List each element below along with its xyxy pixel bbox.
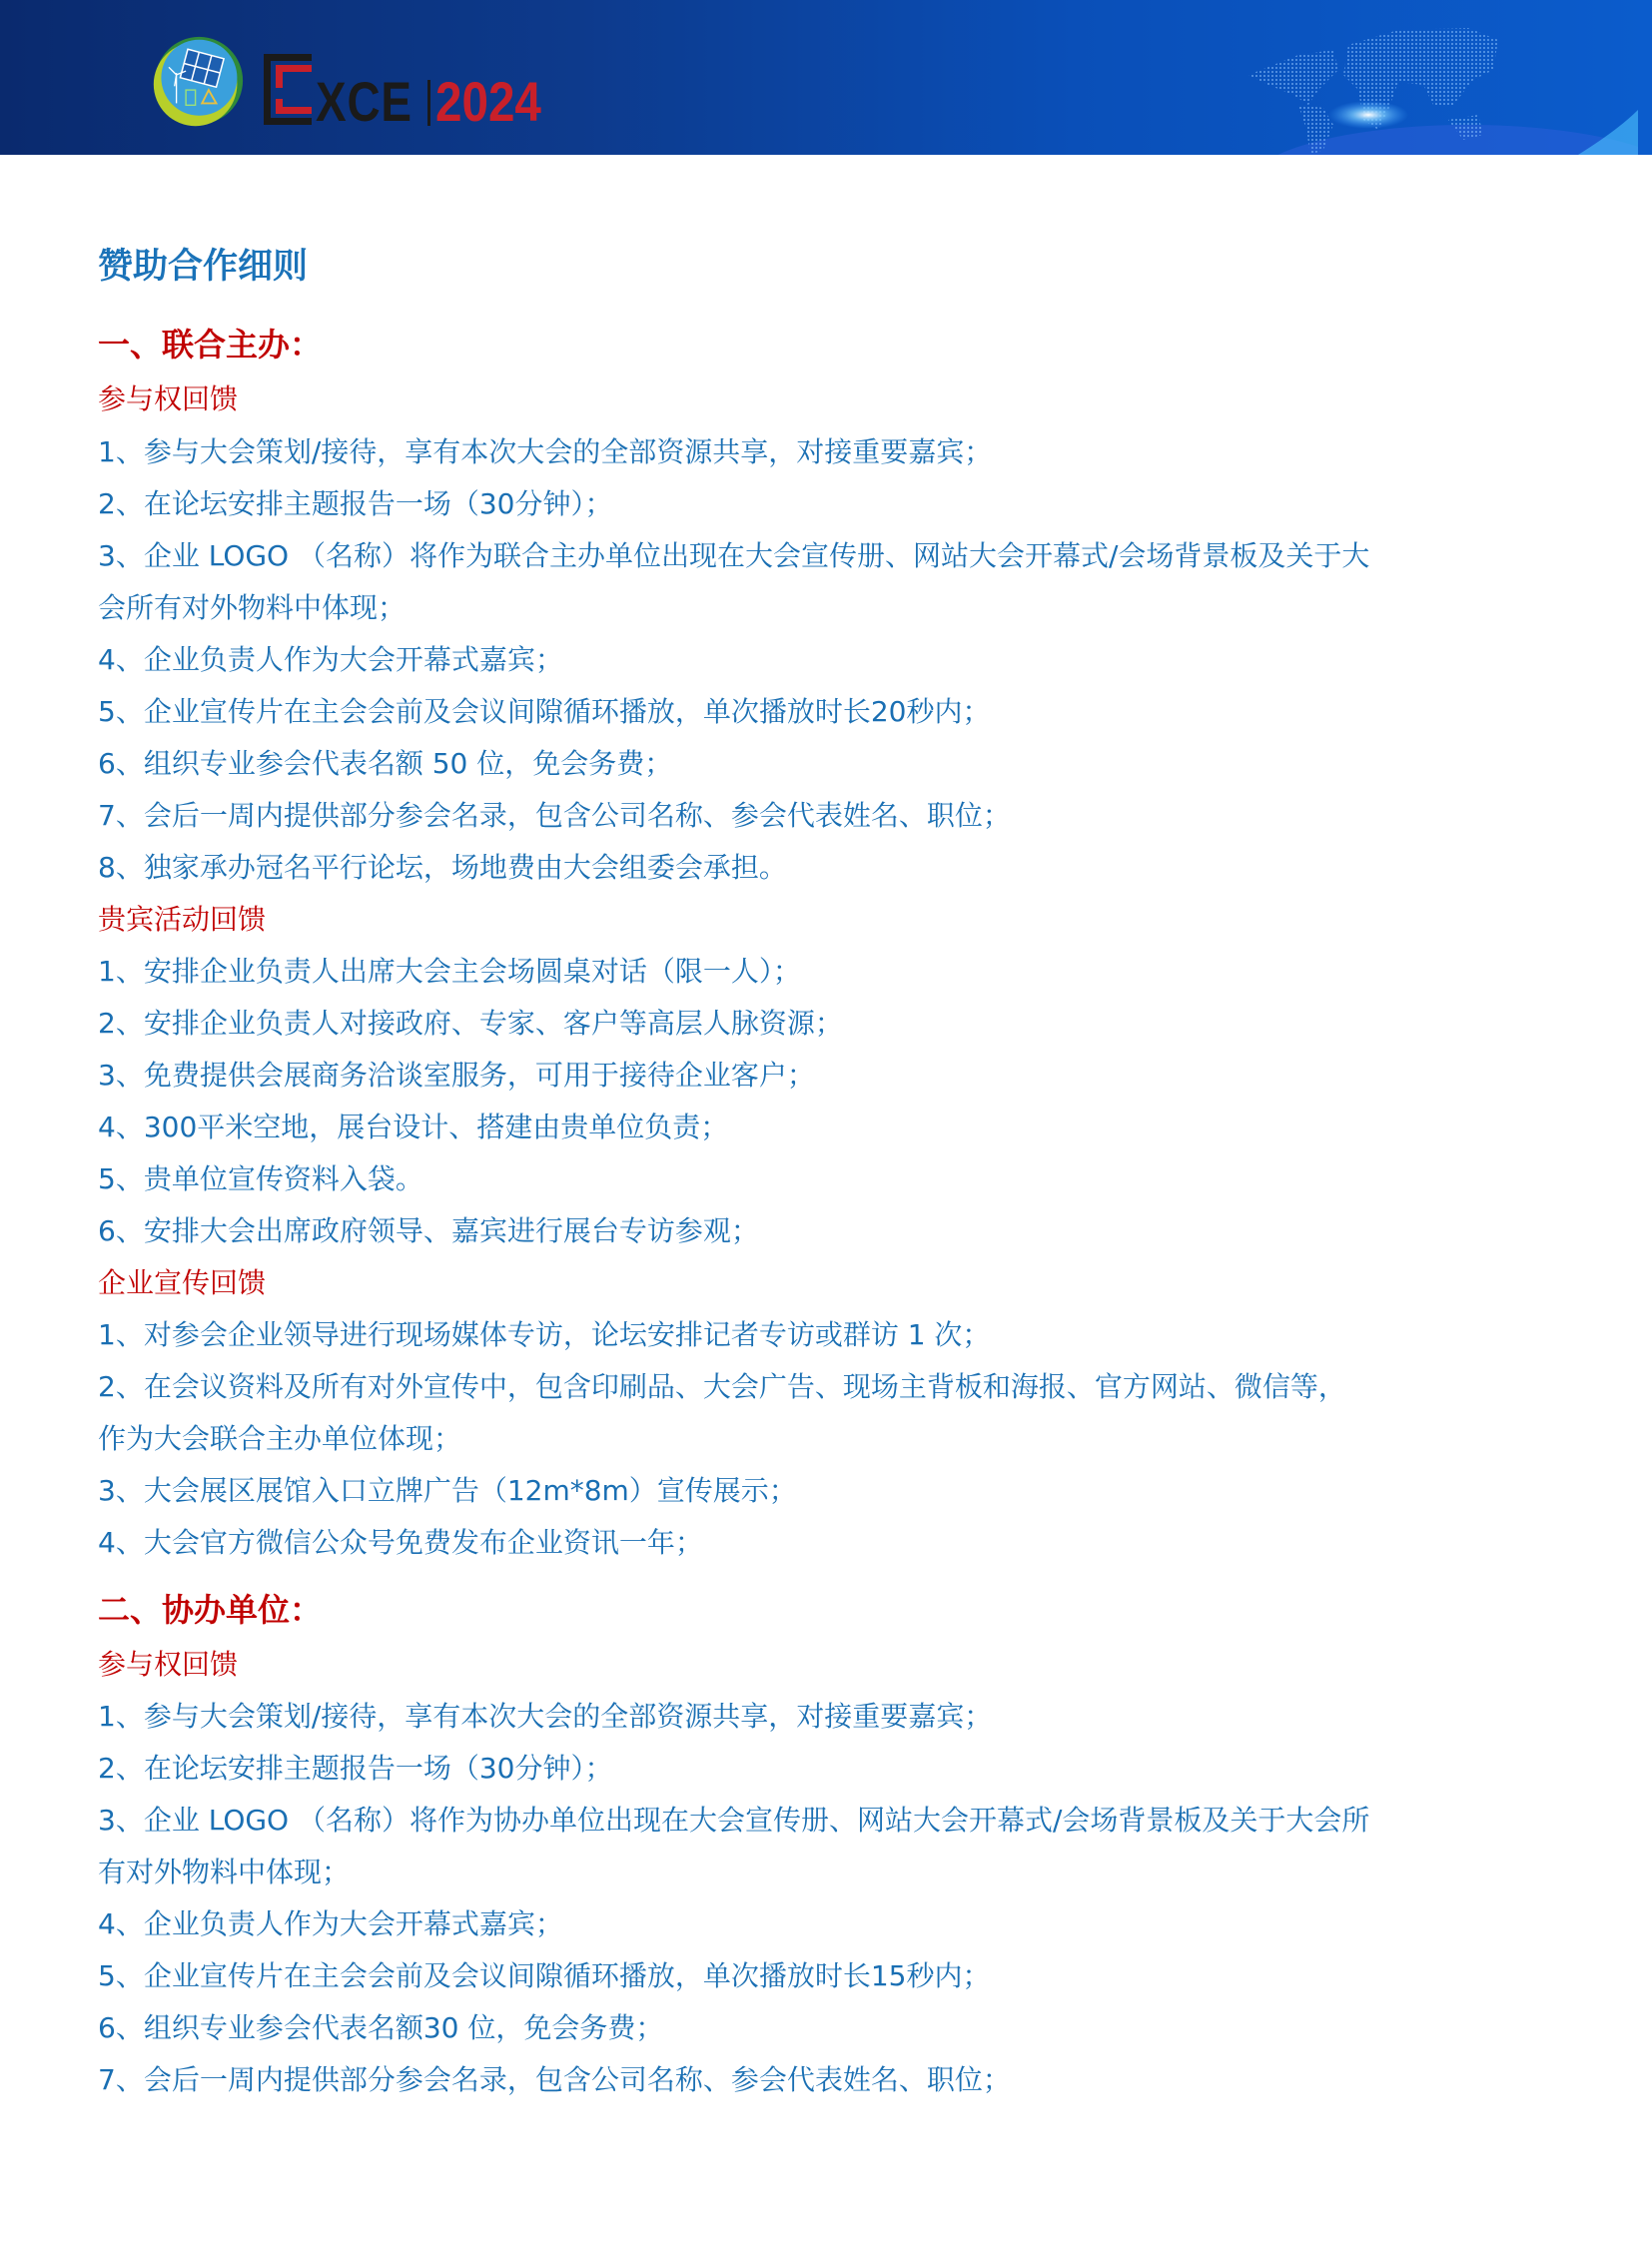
- exce-emblem-icon: [150, 35, 245, 130]
- section-heading-co-organizer: 二、协办单位：: [98, 1584, 322, 1636]
- list-item: 4、企业负责人作为大会开幕式嘉宾；: [98, 1898, 563, 1950]
- group-heading-participation: 参与权回馈: [98, 373, 238, 425]
- page-title: 赞助合作细则: [98, 241, 308, 293]
- group-heading-participation: 参与权回馈: [98, 1639, 238, 1691]
- section-heading-co-host: 一、联合主办：: [98, 319, 322, 371]
- group-heading-vip-activities: 贵宾活动回馈: [98, 894, 266, 946]
- list-item: 6、组织专业参会代表名额30 位，免会务费；: [98, 2002, 663, 2054]
- header-banner: XCE 2024: [0, 0, 1652, 155]
- list-item-continuation: 作为大会联合主办单位体现；: [98, 1413, 461, 1465]
- list-item: 1、参与大会策划/接待，享有本次大会的全部资源共享，对接重要嘉宾；: [98, 426, 992, 478]
- list-item: 1、对参会企业领导进行现场媒体专访，论坛安排记者专访或群访 1 次；: [98, 1309, 990, 1361]
- list-item: 2、在论坛安排主题报告一场（30分钟）；: [98, 478, 612, 530]
- list-item: 4、300平米空地，展台设计、搭建由贵单位负责；: [98, 1102, 728, 1153]
- list-item: 5、企业宣传片在主会会前及会议间隙循环播放，单次播放时长15秒内；: [98, 1950, 990, 2002]
- list-item: 1、参与大会策划/接待，享有本次大会的全部资源共享，对接重要嘉宾；: [98, 1691, 992, 1743]
- list-item: 1、安排企业负责人出席大会主会场圆桌对话（限一人）；: [98, 946, 801, 998]
- list-item: 6、组织专业参会代表名额 50 位，免会务费；: [98, 738, 672, 790]
- list-item: 5、贵单位宣传资料入袋。: [98, 1153, 423, 1205]
- group-heading-corporate-promotion: 企业宣传回馈: [98, 1257, 266, 1309]
- list-item: 2、在会议资料及所有对外宣传中，包含印刷品、大会广告、现场主背板和海报、官方网站…: [98, 1361, 1346, 1413]
- list-item: 3、企业 LOGO （名称）将作为联合主办单位出现在大会宣传册、网站大会开幕式/…: [98, 530, 1369, 582]
- list-item: 4、大会官方微信公众号免费发布企业资讯一年；: [98, 1517, 703, 1569]
- list-item-continuation: 会所有对外物料中体现；: [98, 582, 406, 634]
- list-item: 2、安排企业负责人对接政府、专家、客户等高层人脉资源；: [98, 998, 843, 1050]
- list-item: 3、免费提供会展商务洽谈室服务，可用于接待企业客户；: [98, 1050, 815, 1102]
- list-item: 4、企业负责人作为大会开幕式嘉宾；: [98, 634, 563, 686]
- list-item: 3、企业 LOGO （名称）将作为协办单位出现在大会宣传册、网站大会开幕式/会场…: [98, 1795, 1369, 1847]
- logo-year: 2024: [435, 74, 541, 130]
- list-item: 6、安排大会出席政府领导、嘉宾进行展台专访参观；: [98, 1205, 759, 1257]
- list-item: 5、企业宣传片在主会会前及会议间隙循环播放，单次播放时长20秒内；: [98, 686, 990, 738]
- list-item-continuation: 有对外物料中体现；: [98, 1847, 350, 1898]
- exce-bracket-icon: [262, 52, 314, 126]
- logo-text: XCE: [316, 74, 413, 130]
- list-item: 7、会后一周内提供部分参会名录，包含公司名称、参会代表姓名、职位；: [98, 790, 1011, 842]
- list-item: 8、独家承办冠名平行论坛，场地费由大会组委会承担。: [98, 842, 787, 894]
- list-item: 2、在论坛安排主题报告一场（30分钟）；: [98, 1743, 612, 1795]
- list-item: 3、大会展区展馆入口立牌广告（12m*8m）宣传展示；: [98, 1465, 797, 1517]
- list-item: 7、会后一周内提供部分参会名录，包含公司名称、参会代表姓名、职位；: [98, 2054, 1011, 2106]
- logo-separator: [427, 80, 430, 126]
- world-map-decoration-icon: [1239, 10, 1638, 155]
